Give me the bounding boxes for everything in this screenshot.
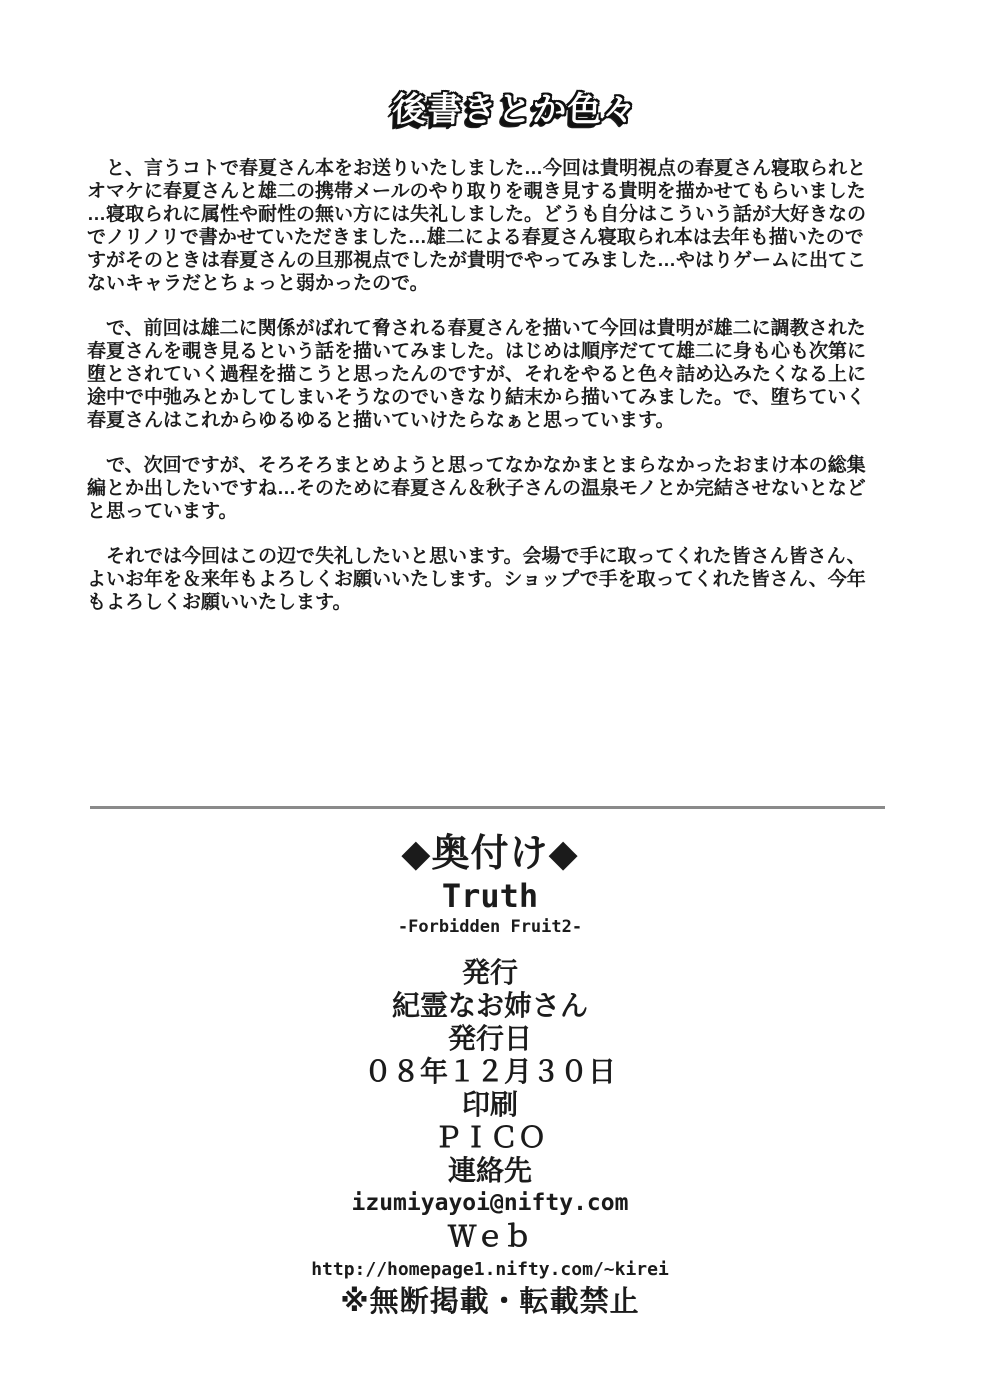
website-url: http://homepage1.nifty.com/~kirei [0,1253,980,1286]
reproduction-notice: ※無断掲載・転載禁止 [0,1286,980,1319]
book-title: Truth [0,877,980,915]
colophon-heading: ◆奥付け◆ [0,831,980,877]
colophon: ◆奥付け◆ Truth -Forbidden Fruit2- 発行 紀霊なお姉さ… [0,831,980,1319]
section-divider [90,806,885,809]
publish-date-label: 発行日 [0,1022,980,1055]
afterword-paragraph-1: と、言うコトで春夏さん本をお送りいたしました…今回は貴明視点の春夏さん寝取られと… [87,157,887,295]
printer-label: 印刷 [0,1088,980,1121]
contact-label: 連絡先 [0,1154,980,1187]
publisher-name: 紀霊なお姉さん [0,989,980,1022]
web-label: Ｗｅｂ [0,1220,980,1253]
publish-date: ０８年１２月３０日 [0,1055,980,1088]
afterword-paragraph-4: それでは今回はこの辺で失礼したいと思います。会場で手に取ってくれた皆さん皆さん、… [87,545,887,614]
publisher-label: 発行 [0,956,980,989]
afterword-paragraph-3: で、次回ですが、そろそろまとめようと思ってなかなかまとまらなかったおまけ本の総集… [87,454,887,523]
afterword-paragraph-2: で、前回は雄二に関係がばれて脅される春夏さんを描いて今回は貴明が雄二に調教された… [87,317,887,432]
afterword-page: 後書きとか色々 と、言うコトで春夏さん本をお送りいたしました…今回は貴明視点の春… [0,0,1000,1399]
afterword-body: と、言うコトで春夏さん本をお送りいたしました…今回は貴明視点の春夏さん寝取られと… [87,157,887,636]
printer-name: ＰＩＣＯ [0,1121,980,1154]
contact-email: izumiyayoi@nifty.com [0,1187,980,1220]
page-title: 後書きとか色々 [14,82,1000,131]
book-subtitle: -Forbidden Fruit2- [0,915,980,939]
